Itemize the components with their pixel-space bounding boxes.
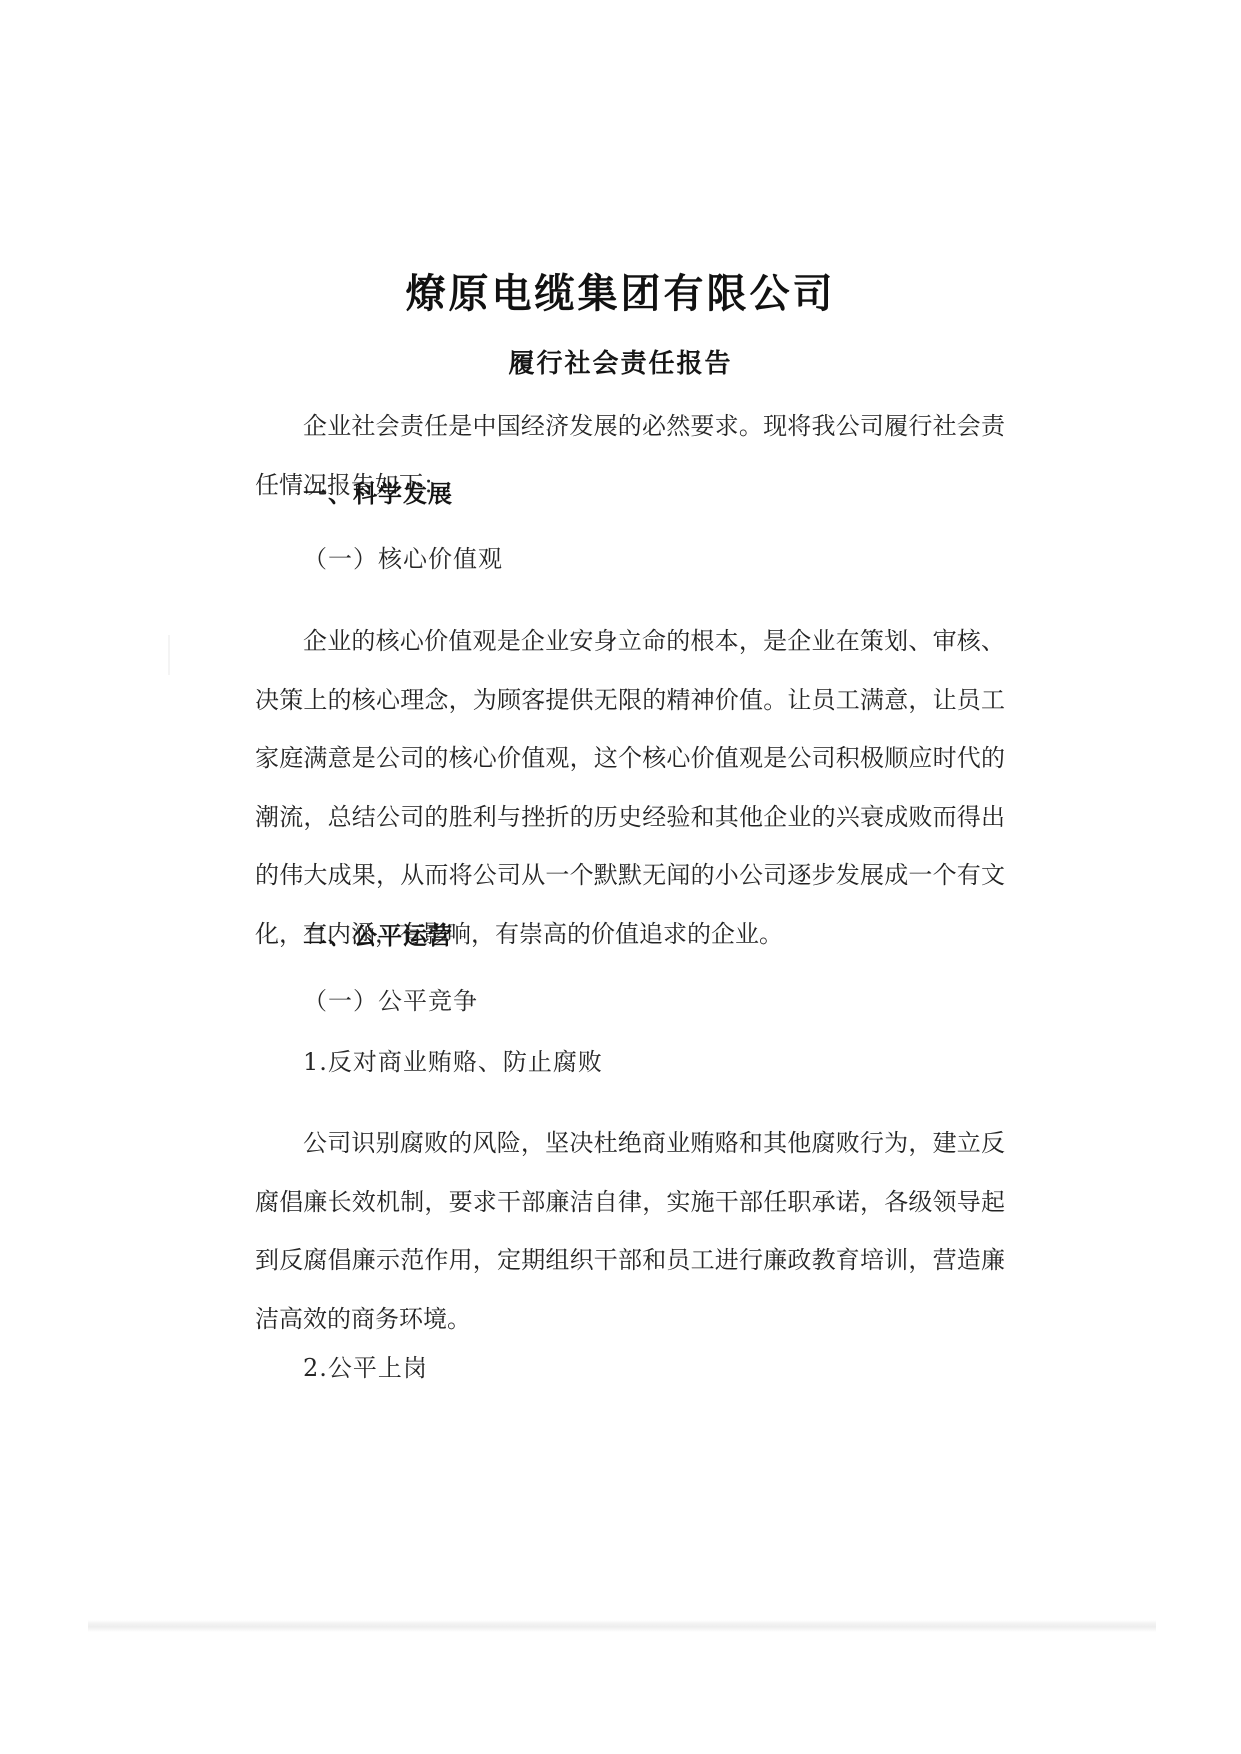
- item-heading-fair-employment: 2.公平上岗: [303, 1352, 428, 1384]
- anti-bribery-paragraph: 公司识别腐败的风险，坚决杜绝商业贿赂和其他腐败行为，建立反腐倡廉长效机制，要求干…: [255, 1114, 1005, 1348]
- section-heading-fair-operation: 二、公平运营: [303, 920, 453, 952]
- subsection-heading-core-values: （一）核心价值观: [303, 543, 503, 575]
- section-heading-science-development: 一、科学发展: [303, 478, 453, 510]
- item-heading-anti-bribery: 1.反对商业贿赂、防止腐败: [303, 1046, 603, 1078]
- subsection-heading-fair-competition: （一）公平竞争: [303, 985, 478, 1017]
- document-title: 燎原电缆集团有限公司: [0, 262, 1241, 319]
- core-values-paragraph: 企业的核心价值观是企业安身立命的根本，是企业在策划、审核、决策上的核心理念，为顾…: [255, 612, 1005, 963]
- document-subtitle: 履行社会责任报告: [0, 343, 1241, 380]
- scan-artifact-mark: [168, 635, 170, 675]
- scan-artifact-line: [88, 1620, 1156, 1632]
- document-page: 燎原电缆集团有限公司 履行社会责任报告 企业社会责任是中国经济发展的必然要求。现…: [0, 0, 1241, 1754]
